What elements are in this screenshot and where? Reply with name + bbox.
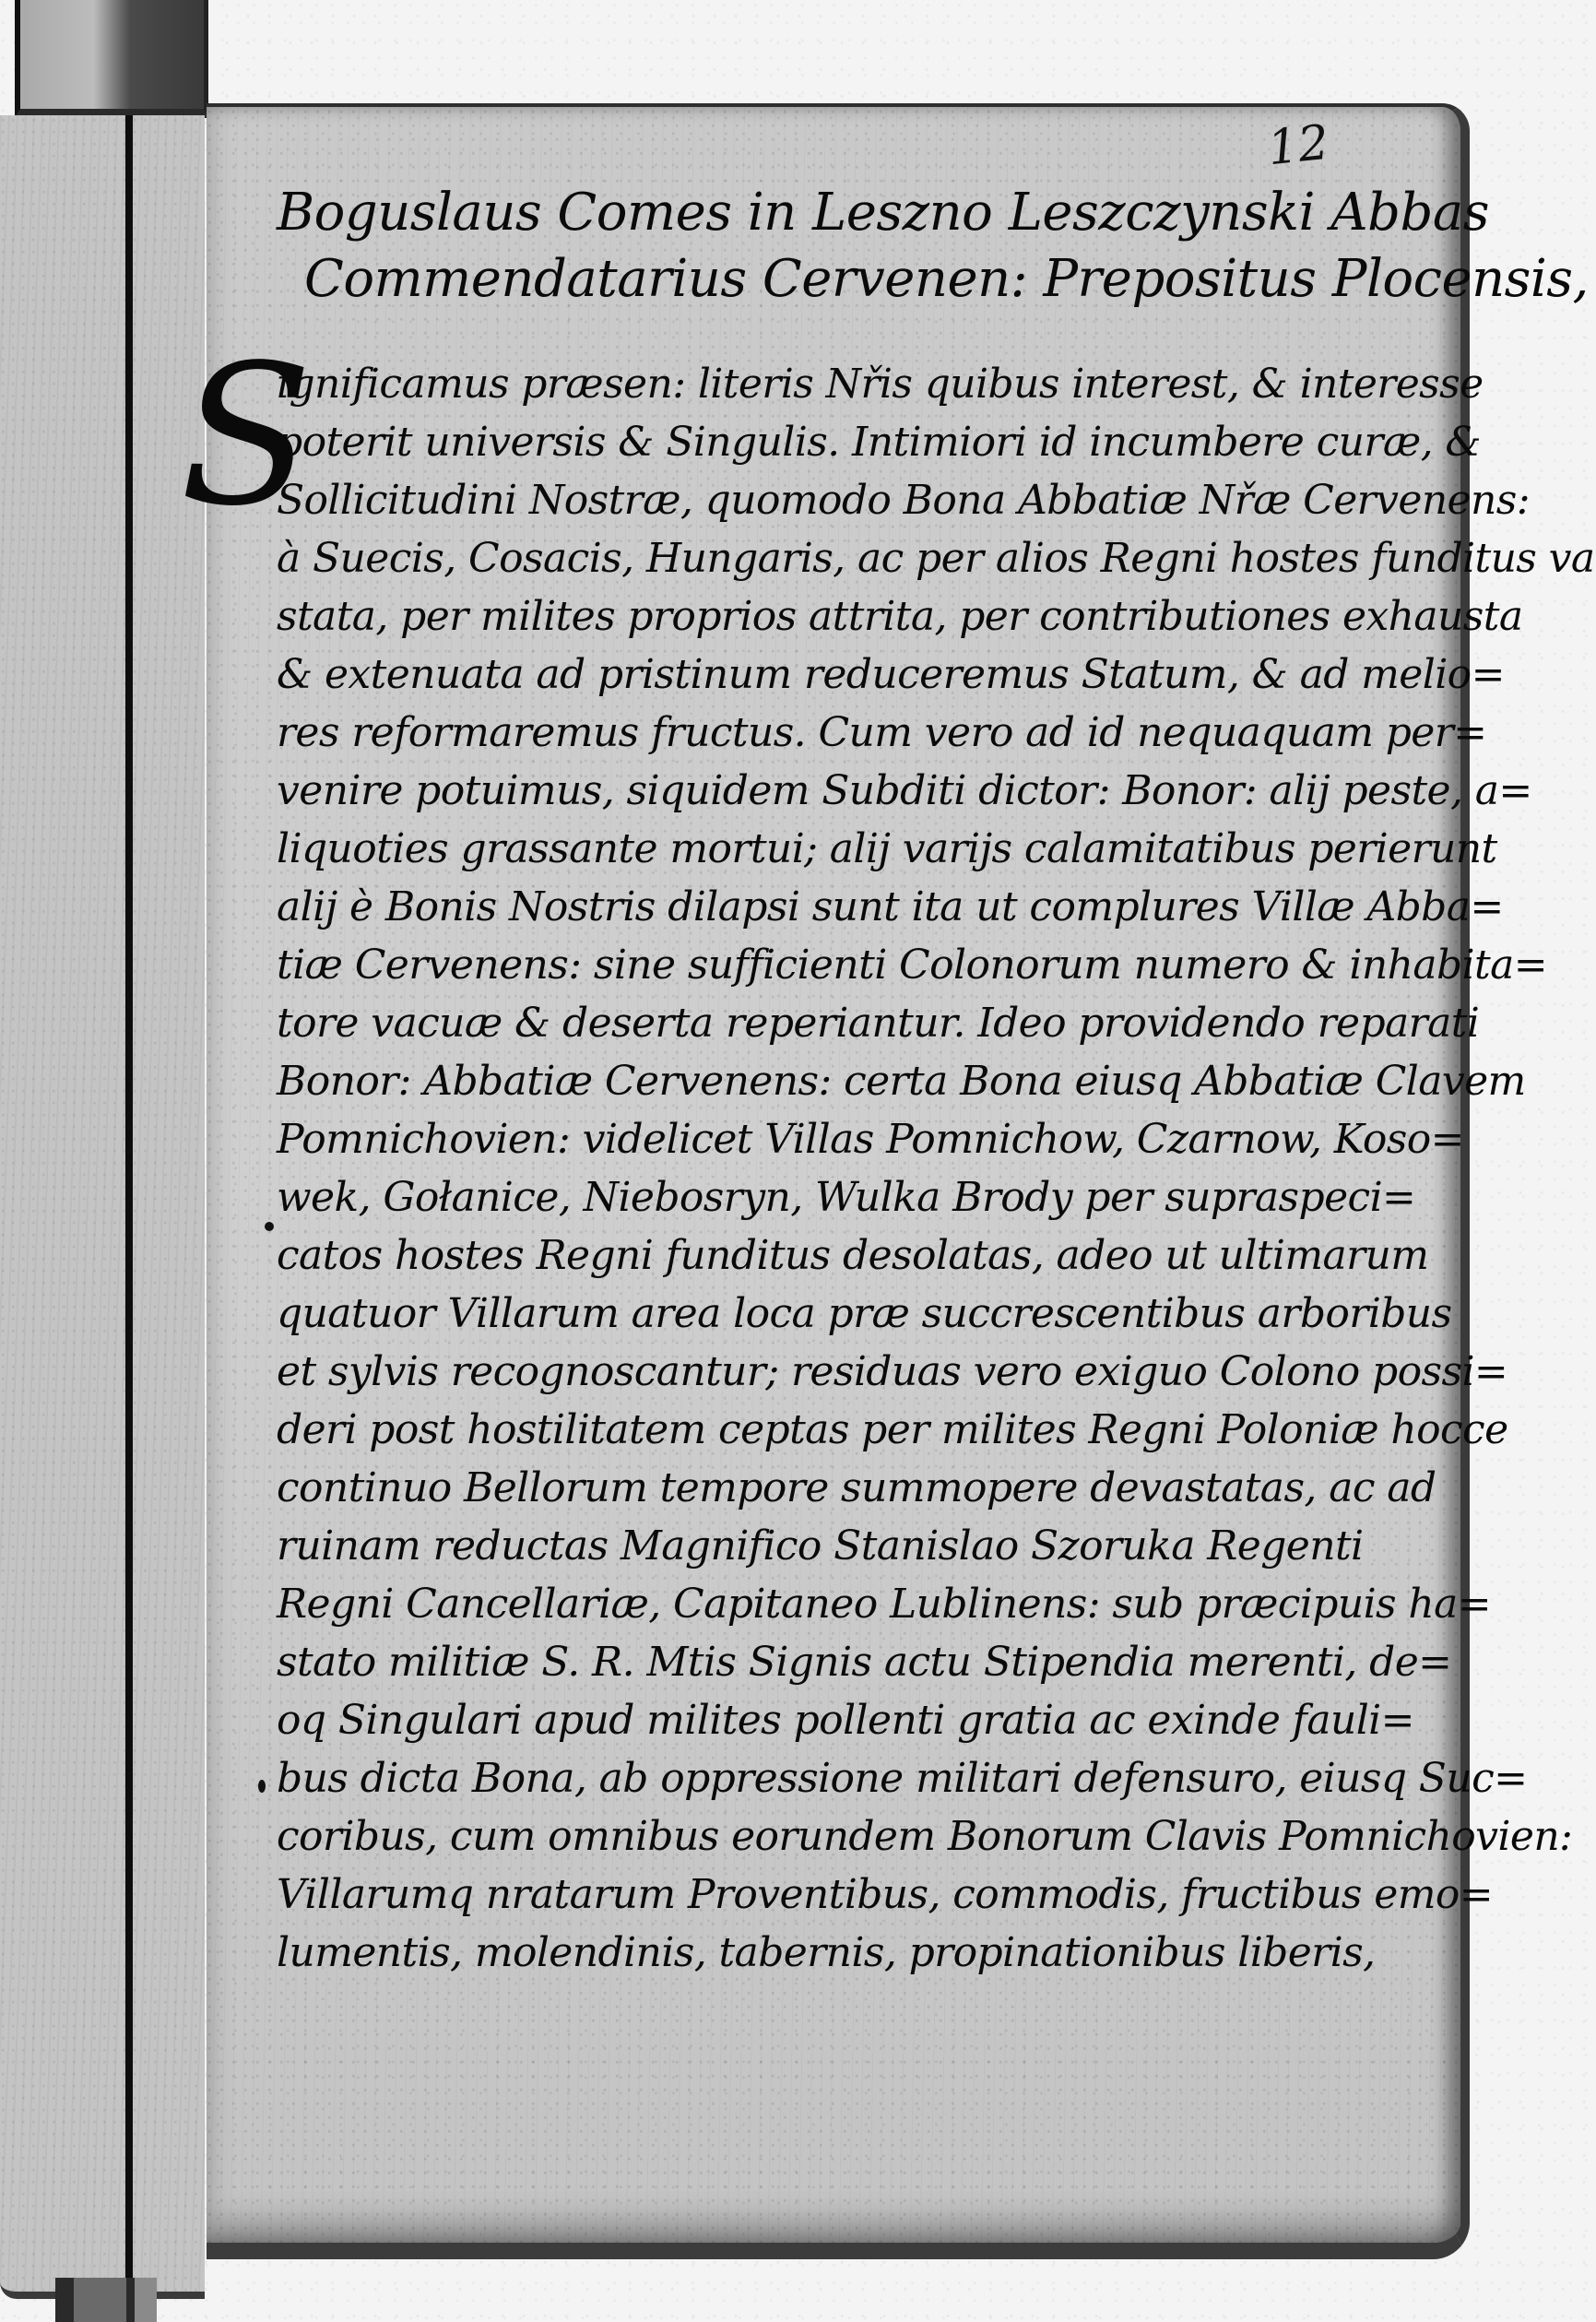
heading-line-2: Commendatarius Cervenen: Prepositus Ploc… [267, 246, 1466, 313]
body-line: bus dicta Bona, ab oppressione militari … [277, 1749, 1475, 1807]
body-line: ruinam reductas Magnifico Stanislao Szor… [277, 1517, 1475, 1575]
body-line: oq Singulari apud milites pollenti grati… [277, 1691, 1475, 1749]
body-line: coribus, cum omnibus eorundem Bonorum Cl… [277, 1807, 1475, 1866]
body-line: lumentis, molendinis, tabernis, propinat… [277, 1924, 1475, 1982]
body-line: Villarumq nratarum Proventibus, commodis… [277, 1866, 1475, 1924]
body-line: quatuor Villarum area loca præ succresce… [277, 1285, 1475, 1343]
body-line: res reformaremus fructus. Cum vero ad id… [277, 704, 1475, 762]
binding-stub [55, 2278, 157, 2322]
body-line: stata, per milites proprios attrita, per… [277, 587, 1475, 646]
body-line: & extenuata ad pristinum reduceremus Sta… [277, 646, 1475, 704]
body-line: stato militiæ S. R. Mtis Signis actu Sti… [277, 1633, 1475, 1691]
previous-leaf-tab [15, 0, 208, 118]
body-line: Pomnichovien: videlicet Villas Pomnichow… [277, 1110, 1475, 1168]
body-line: venire potuimus, siquidem Subditi dictor… [277, 762, 1475, 820]
heading-line-1: Boguslaus Comes in Leszno Leszczynski Ab… [267, 180, 1466, 246]
margin-ink-blot [258, 1780, 266, 1793]
body-line: continuo Bellorum tempore summopere deva… [277, 1459, 1475, 1517]
body-line: tore vacuæ & deserta reperiantur. Ideo p… [277, 994, 1475, 1052]
body-line: wek, Gołanice, Niebosryn, Wulka Brody pe… [277, 1168, 1475, 1226]
body-line: catos hostes Regni funditus desolatas, a… [277, 1226, 1475, 1285]
body-line: à Suecis, Cosacis, Hungaris, ac per alio… [277, 529, 1475, 587]
body-line: Regni Cancellariæ, Capitaneo Lublinens: … [277, 1575, 1475, 1633]
left-binding-leaf [0, 115, 205, 2299]
body-line: Sollicitudini Nostræ, quomodo Bona Abbat… [277, 471, 1475, 529]
manuscript-body: ignificamus præsen: literis Nřis quibus … [277, 355, 1475, 1982]
document-heading: Boguslaus Comes in Leszno Leszczynski Ab… [267, 180, 1466, 313]
body-line: liquoties grassante mortui; alij varijs … [277, 820, 1475, 878]
margin-ink-dot [265, 1222, 274, 1231]
body-line: ignificamus præsen: literis Nřis quibus … [277, 355, 1475, 413]
binding-spine-line [125, 115, 133, 2322]
body-line: deri post hostilitatem ceptas per milite… [277, 1401, 1475, 1459]
body-line: tiæ Cervenens: sine sufficienti Colonoru… [277, 936, 1475, 994]
body-line: poterit universis & Singulis. Intimiori … [277, 413, 1475, 471]
body-line: alij è Bonis Nostris dilapsi sunt ita ut… [277, 878, 1475, 936]
body-line: Bonor: Abbatiæ Cervenens: certa Bona eiu… [277, 1052, 1475, 1110]
body-line: et sylvis recognoscantur; residuas vero … [277, 1343, 1475, 1401]
folio-number: 12 [1265, 115, 1331, 177]
